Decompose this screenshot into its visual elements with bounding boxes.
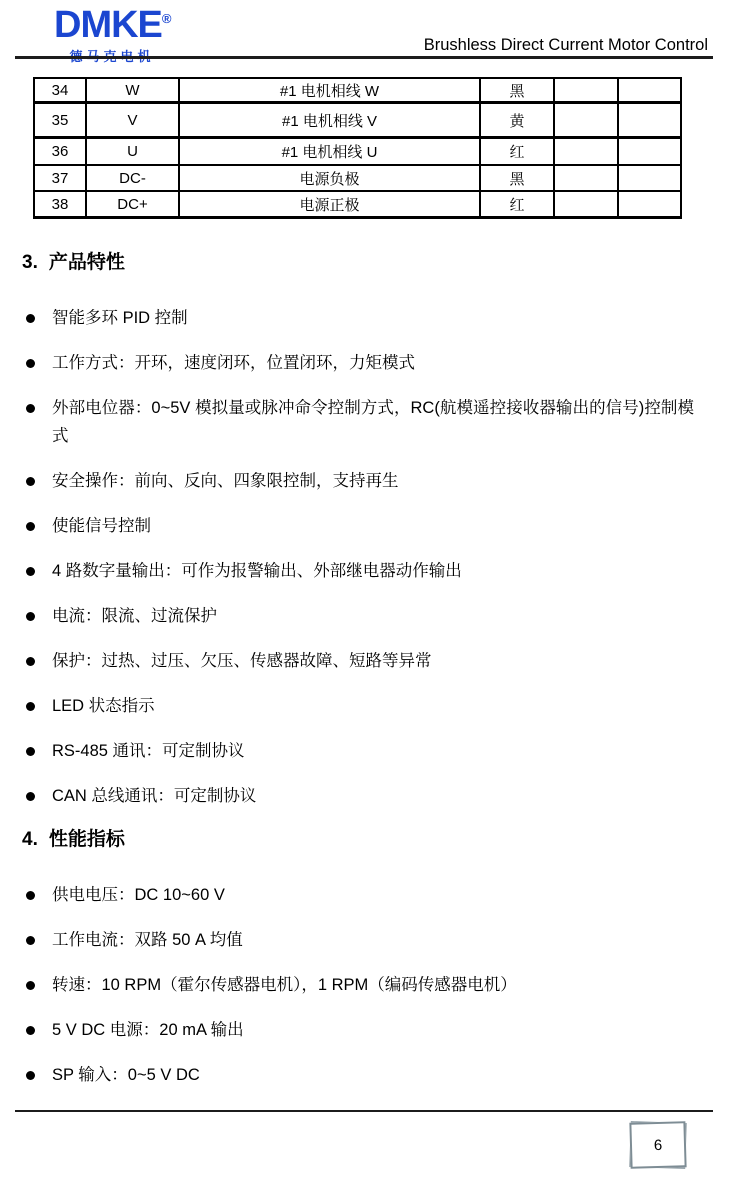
cell-wire-color: 红 [480,191,554,218]
bullet-text: 保护：过热、过压、欠压、传感器故障、短路等异常 [52,652,432,670]
cell-empty [618,103,681,138]
cell-empty [618,165,681,191]
section-number: 3. [22,250,38,276]
bullet-icon [26,891,35,900]
list-item: 4 路数字量输出：可作为报警输出、外部继电器动作输出 [22,557,694,585]
product-features-list: 智能多环 PID 控制 工作方式：开环，速度闭环，位置闭环，力矩模式 外部电位器… [22,304,694,810]
cell-empty [554,138,618,166]
bullet-text: LED 状态指示 [52,697,155,715]
table-row: 36 U #1 电机相线 U 红 [34,138,681,166]
bullet-icon [26,359,35,368]
bullet-text: 安全操作：前向、反向、四象限控制，支持再生 [52,472,399,490]
cell-signal: DC+ [86,191,179,218]
list-item: 供电电压：DC 10~60 V [22,881,694,909]
bullet-icon [26,612,35,621]
bullet-icon [26,567,35,576]
brand-wordmark: DMKE® [54,6,166,44]
list-item: 5 V DC 电源：20 mA 输出 [22,1016,694,1044]
cell-signal: U [86,138,179,166]
list-item: LED 状态指示 [22,692,694,720]
bullet-icon [26,1071,35,1080]
cell-empty [618,78,681,103]
table-row: 35 V #1 电机相线 V 黄 [34,103,681,138]
cell-signal: W [86,78,179,103]
bullet-text: CAN 总线通讯：可定制协议 [52,787,256,805]
bullet-icon [26,702,35,711]
page-number: 6 [654,1136,663,1153]
bullet-text: 工作电流：双路 50 A 均值 [52,931,243,949]
bullet-text: 电流：限流、过流保护 [52,607,217,625]
bullet-text: 外部电位器：0~5V 模拟量或脉冲命令控制方式，RC(航模遥控接收器输出的信号)… [52,399,694,445]
section-heading-product-features: 3. 产品特性 [22,250,694,276]
bullet-icon [26,747,35,756]
page-number-box-inner: 6 [629,1121,686,1169]
page-number-box: 6 [629,1121,687,1169]
section-title: 产品特性 [49,250,125,276]
section-title: 性能指标 [49,827,125,853]
section-heading-performance-specs: 4. 性能指标 [22,827,694,853]
table-row: 38 DC+ 电源正极 红 [34,191,681,218]
bullet-icon [26,936,35,945]
cell-empty [618,191,681,218]
cell-empty [554,103,618,138]
bullet-text: 5 V DC 电源：20 mA 输出 [52,1021,244,1039]
bullet-icon [26,477,35,486]
bullet-icon [26,657,35,666]
cell-description: 电源正极 [179,191,480,218]
bullet-text: 智能多环 PID 控制 [52,309,188,327]
brand-text: DMKE [54,4,162,46]
page-content: 3. 产品特性 智能多环 PID 控制 工作方式：开环，速度闭环，位置闭环，力矩… [22,250,694,1106]
bullet-icon [26,314,35,323]
cell-empty [554,191,618,218]
cell-empty [554,165,618,191]
bullet-icon [26,404,35,413]
cell-signal: DC- [86,165,179,191]
cell-pin-number: 36 [34,138,86,166]
cell-signal: V [86,103,179,138]
cell-wire-color: 黑 [480,165,554,191]
cell-description: 电源负极 [179,165,480,191]
header-divider [15,56,713,59]
list-item: 工作方式：开环，速度闭环，位置闭环，力矩模式 [22,349,694,377]
cell-wire-color: 黑 [480,78,554,103]
list-item: 保护：过热、过压、欠压、传感器故障、短路等异常 [22,647,694,675]
cell-description: #1 电机相线 U [179,138,480,166]
bullet-text: 供电电压：DC 10~60 V [52,886,225,904]
table-row: 34 W #1 电机相线 W 黑 [34,78,681,103]
list-item: SP 输入：0~5 V DC [22,1061,694,1089]
list-item: 工作电流：双路 50 A 均值 [22,926,694,954]
cell-description: #1 电机相线 V [179,103,480,138]
cell-empty [618,138,681,166]
list-item: RS-485 通讯：可定制协议 [22,737,694,765]
cell-pin-number: 38 [34,191,86,218]
list-item: 安全操作：前向、反向、四象限控制，支持再生 [22,467,694,495]
cell-description: #1 电机相线 W [179,78,480,103]
section-number: 4. [22,827,38,853]
bullet-icon [26,1026,35,1035]
footer-divider [15,1110,713,1112]
list-item: 智能多环 PID 控制 [22,304,694,332]
list-item: 使能信号控制 [22,512,694,540]
bullet-icon [26,522,35,531]
list-item: CAN 总线通讯：可定制协议 [22,782,694,810]
cell-wire-color: 红 [480,138,554,166]
bullet-text: RS-485 通讯：可定制协议 [52,742,245,760]
bullet-text: 使能信号控制 [52,517,151,535]
wiring-table: 34 W #1 电机相线 W 黑 35 V #1 电机相线 V 黄 36 U #… [33,77,682,219]
bullet-icon [26,792,35,801]
document-page: DMKE® 德马克电机 Brushless Direct Current Mot… [0,0,750,1177]
bullet-text: 工作方式：开环，速度闭环，位置闭环，力矩模式 [52,354,415,372]
bullet-text: 4 路数字量输出：可作为报警输出、外部继电器动作输出 [52,562,462,580]
list-item: 转速：10 RPM（霍尔传感器电机），1 RPM（编码传感器电机） [22,971,694,999]
cell-pin-number: 34 [34,78,86,103]
registered-trademark-icon: ® [162,11,172,26]
table-row: 37 DC- 电源负极 黑 [34,165,681,191]
cell-pin-number: 35 [34,103,86,138]
performance-specs-list: 供电电压：DC 10~60 V 工作电流：双路 50 A 均值 转速：10 RP… [22,881,694,1089]
cell-empty [554,78,618,103]
cell-pin-number: 37 [34,165,86,191]
list-item: 电流：限流、过流保护 [22,602,694,630]
list-item: 外部电位器：0~5V 模拟量或脉冲命令控制方式，RC(航模遥控接收器输出的信号)… [22,394,694,450]
bullet-icon [26,981,35,990]
document-title: Brushless Direct Current Motor Control [424,36,708,55]
bullet-text: SP 输入：0~5 V DC [52,1066,200,1084]
bullet-text: 转速：10 RPM（霍尔传感器电机），1 RPM（编码传感器电机） [52,976,517,994]
cell-wire-color: 黄 [480,103,554,138]
